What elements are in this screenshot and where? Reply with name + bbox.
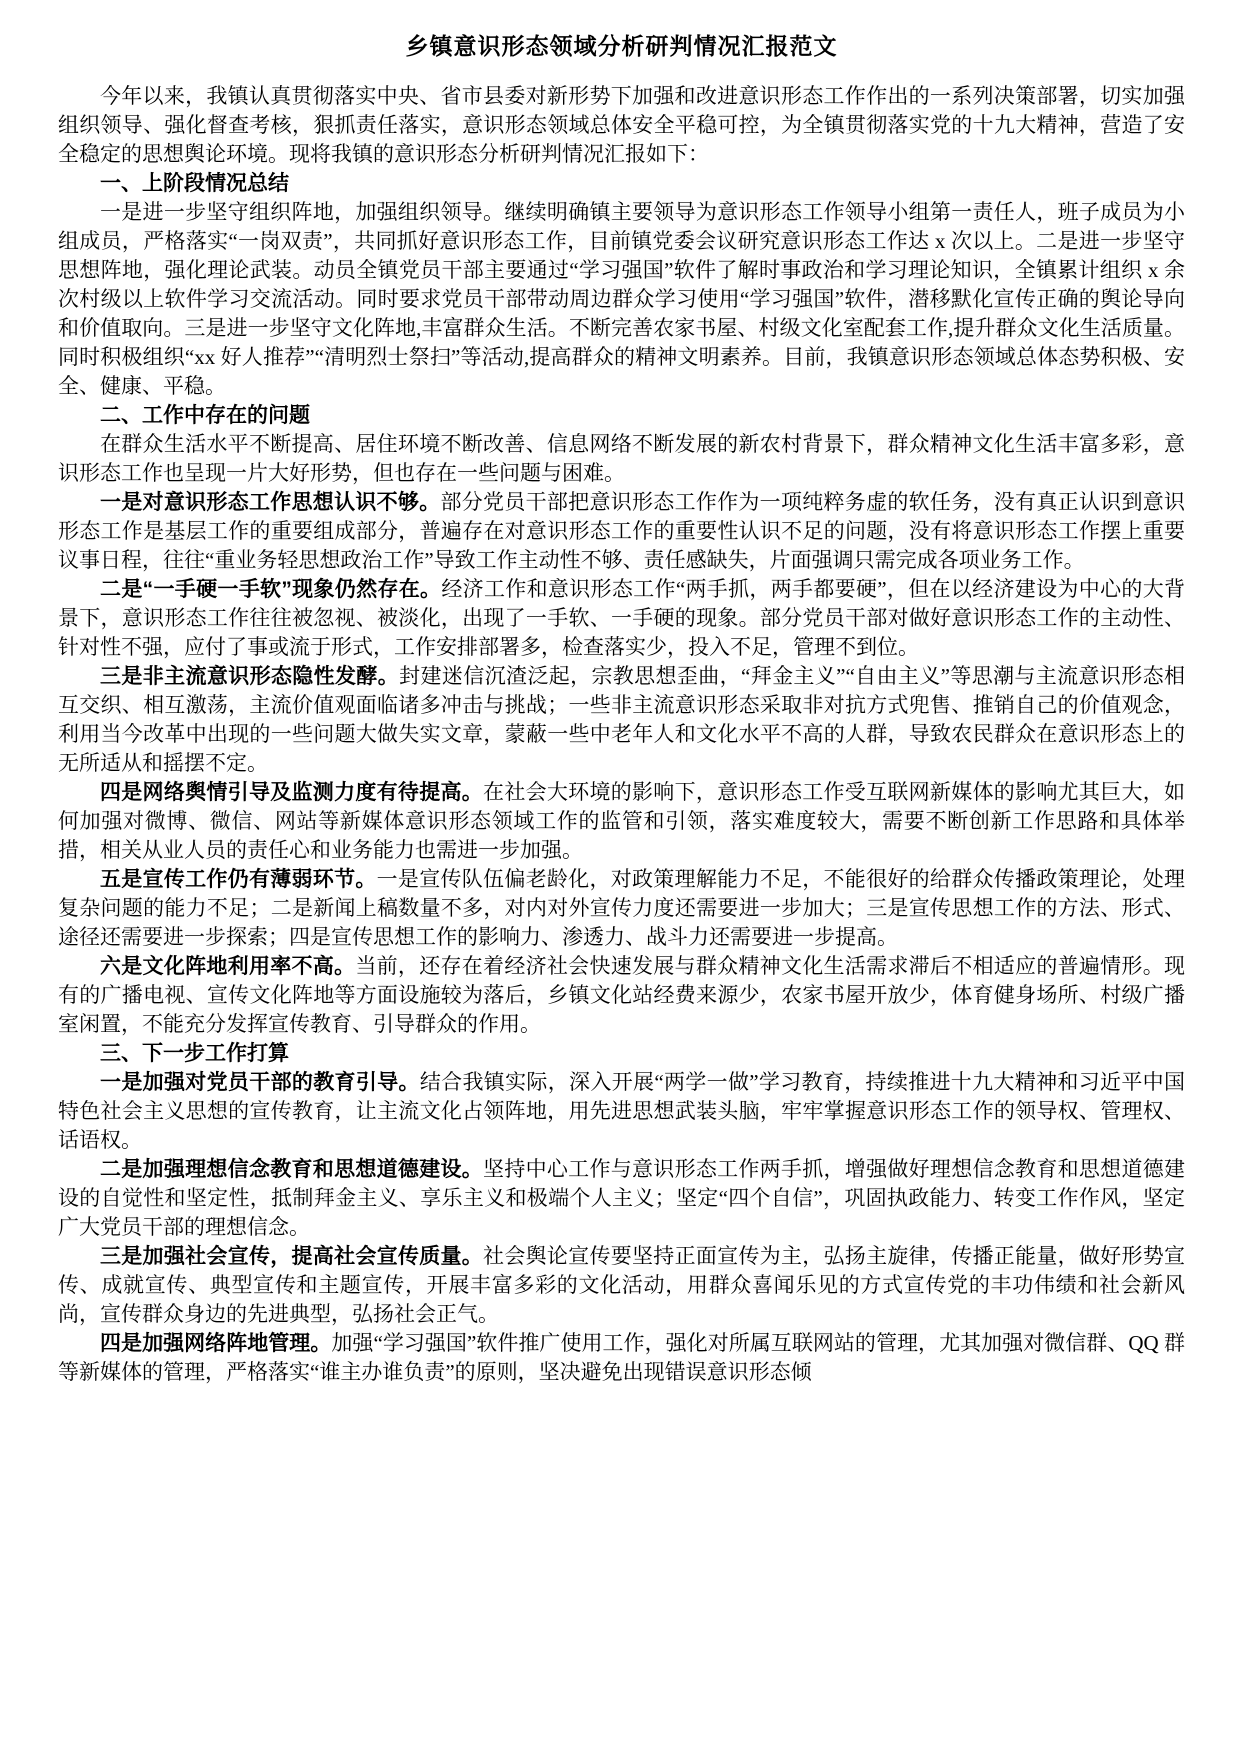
bold-run: 四是网络舆情引导及监测力度有待提高。 (100, 781, 483, 804)
paragraph: 六是文化阵地利用率不高。当前，还存在着经济社会快速发展与群众精神文化生活需求滞后… (58, 952, 1185, 1039)
bold-run: 二、工作中存在的问题 (100, 404, 310, 427)
bold-run: 三、下一步工作打算 (100, 1042, 289, 1065)
text-run: 在群众生活水平不断提高、居住环境不断改善、信息网络不断发展的新农村背景下，群众精… (58, 432, 1185, 485)
paragraph: 二是“一手硬一手软”现象仍然存在。经济工作和意识形态工作“两手抓，两手都要硬”，… (58, 575, 1185, 662)
bold-run: 三是非主流意识形态隐性发酵。 (100, 665, 399, 688)
paragraph: 四是加强网络阵地管理。加强“学习强国”软件推广使用工作，强化对所属互联网站的管理… (58, 1329, 1185, 1387)
bold-run: 六是文化阵地利用率不高。 (100, 955, 355, 978)
paragraph: 四是网络舆情引导及监测力度有待提高。在社会大环境的影响下，意识形态工作受互联网新… (58, 778, 1185, 865)
paragraph: 一是对意识形态工作思想认识不够。部分党员干部把意识形态工作作为一项纯粹务虚的软任… (58, 488, 1185, 575)
paragraph: 二是加强理想信念教育和思想道德建设。坚持中心工作与意识形态工作两手抓，增强做好理… (58, 1155, 1185, 1242)
bold-run: 二是加强理想信念教育和思想道德建设。 (100, 1158, 483, 1181)
paragraph: 一是加强对党员干部的教育引导。结合我镇实际，深入开展“两学一做”学习教育，持续推… (58, 1068, 1185, 1155)
document-body: 今年以来，我镇认真贯彻落实中央、省市县委对新形势下加强和改进意识形态工作作出的一… (58, 82, 1185, 1387)
bold-run: 一是加强对党员干部的教育引导。 (100, 1071, 420, 1094)
paragraph: 三是加强社会宣传，提高社会宣传质量。社会舆论宣传要坚持正面宣传为主，弘扬主旋律，… (58, 1242, 1185, 1329)
paragraph: 今年以来，我镇认真贯彻落实中央、省市县委对新形势下加强和改进意识形态工作作出的一… (58, 82, 1185, 169)
paragraph: 一是进一步坚守组织阵地，加强组织领导。继续明确镇主要领导为意识形态工作领导小组第… (58, 198, 1185, 401)
bold-run: 三是加强社会宣传，提高社会宣传质量。 (100, 1245, 483, 1268)
text-run: 一是进一步坚守组织阵地，加强组织领导。继续明确镇主要领导为意识形态工作领导小组第… (58, 200, 1185, 398)
paragraph: 三是非主流意识形态隐性发酵。封建迷信沉渣泛起，宗教思想歪曲，“拜金主义”“自由主… (58, 662, 1185, 778)
text-run: 今年以来，我镇认真贯彻落实中央、省市县委对新形势下加强和改进意识形态工作作出的一… (58, 84, 1185, 166)
paragraph: 五是宣传工作仍有薄弱环节。一是宣传队伍偏老龄化，对政策理解能力不足，不能很好的给… (58, 865, 1185, 952)
document-title: 乡镇意识形态领域分析研判情况汇报范文 (58, 30, 1185, 62)
bold-run: 一是对意识形态工作思想认识不够。 (100, 491, 440, 514)
section-heading: 三、下一步工作打算 (58, 1039, 1185, 1068)
paragraph: 在群众生活水平不断提高、居住环境不断改善、信息网络不断发展的新农村背景下，群众精… (58, 430, 1185, 488)
bold-run: 五是宣传工作仍有薄弱环节。 (100, 868, 377, 891)
bold-run: 一、上阶段情况总结 (100, 172, 289, 195)
bold-run: 四是加强网络阵地管理。 (100, 1332, 331, 1355)
bold-run: 二是“一手硬一手软”现象仍然存在。 (100, 578, 441, 601)
section-heading: 一、上阶段情况总结 (58, 169, 1185, 198)
section-heading: 二、工作中存在的问题 (58, 401, 1185, 430)
document-page: 乡镇意识形态领域分析研判情况汇报范文 今年以来，我镇认真贯彻落实中央、省市县委对… (0, 0, 1240, 1754)
